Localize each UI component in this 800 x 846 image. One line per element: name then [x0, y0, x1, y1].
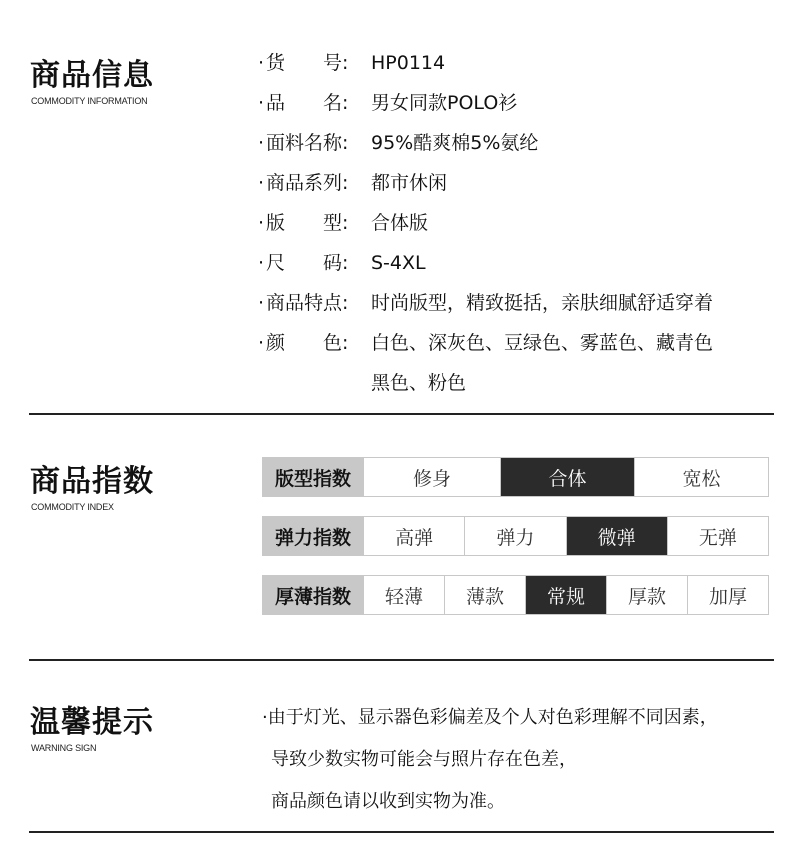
warning-text: ·由于灯光、显示器色彩偏差及个人对色彩理解不同因素， 导致少数实物可能会与照片存…	[262, 697, 718, 823]
info-value: 男女同款POLO衫	[371, 88, 517, 118]
option: 轻薄	[363, 576, 444, 614]
index-row-thickness: 厚薄指数 轻薄 薄款 常规 厚款 加厚	[262, 575, 769, 615]
divider	[29, 831, 774, 833]
option: 加厚	[687, 576, 768, 614]
divider	[29, 659, 774, 661]
index-row-stretch: 弹力指数 高弹 弹力 微弹 无弹	[262, 516, 769, 556]
info-value: HP0114	[371, 48, 445, 78]
section-title-info: 商品信息	[30, 50, 154, 94]
option: 厚款	[606, 576, 687, 614]
section-subtitle-info: COMMODITY INFORMATION	[31, 96, 147, 106]
option: 修身	[363, 458, 500, 496]
section-subtitle-warning: WARNING SIGN	[31, 743, 96, 753]
info-value: 黑色、粉色	[371, 368, 466, 398]
info-value: S-4XL	[371, 248, 426, 278]
info-value: 白色、深灰色、豆绿色、雾蓝色、藏青色	[371, 328, 713, 358]
info-value: 时尚版型，精致挺括，亲肤细腻舒适穿着	[371, 288, 713, 318]
index-row-fit: 版型指数 修身 合体 宽松	[262, 457, 769, 497]
option-selected: 常规	[525, 576, 606, 614]
section-title-warning: 温馨提示	[30, 697, 154, 741]
option: 弹力	[464, 517, 565, 555]
info-value: 合体版	[371, 208, 428, 238]
option: 薄款	[444, 576, 525, 614]
section-title-index: 商品指数	[30, 456, 154, 500]
info-value: 95%酷爽棉5%氨纶	[371, 128, 538, 158]
option-selected: 合体	[500, 458, 634, 496]
section-subtitle-index: COMMODITY INDEX	[31, 502, 114, 512]
option: 宽松	[634, 458, 768, 496]
option: 高弹	[363, 517, 464, 555]
option-selected: 微弹	[566, 517, 667, 555]
divider	[29, 413, 774, 415]
info-value: 都市休闲	[371, 168, 447, 198]
option: 无弹	[667, 517, 768, 555]
